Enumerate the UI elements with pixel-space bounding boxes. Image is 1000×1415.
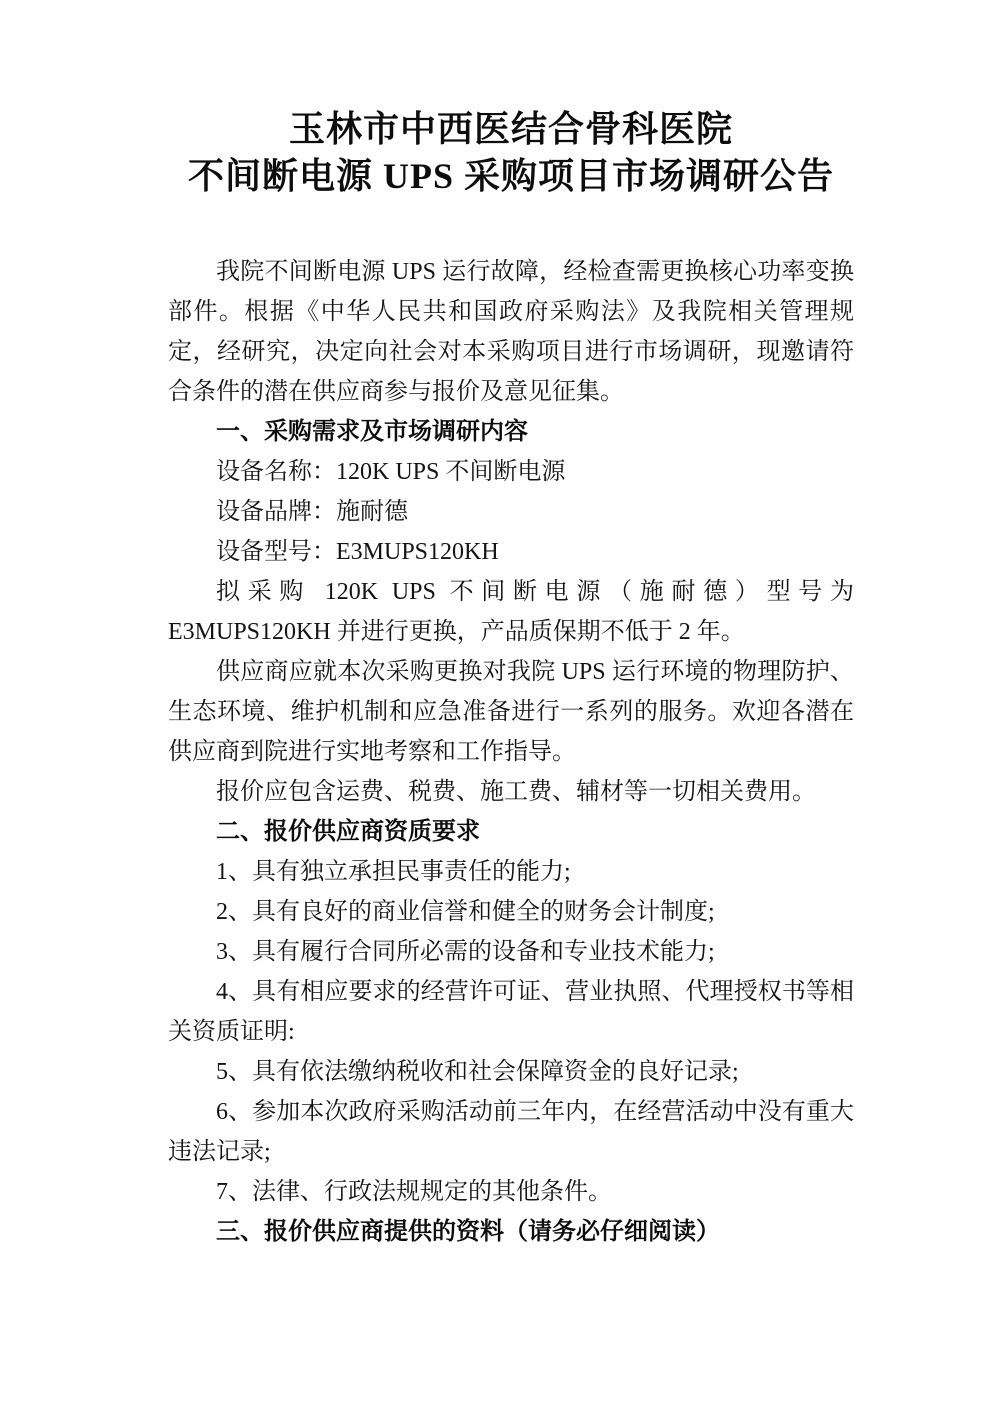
section-3-heading: 三、报价供应商提供的资料（请务必仔细阅读） [168,1212,854,1252]
device-model-line: 设备型号：E3MUPS120KH [168,532,854,572]
document-title: 玉林市中西医结合骨科医院 不间断电源 UPS 采购项目市场调研公告 [168,106,854,200]
doc-title-line-2: 不间断电源 UPS 采购项目市场调研公告 [168,153,854,200]
purchase-paragraph: 拟采购 120K UPS 不间断电源（施耐德）型号为 E3MUPS120KH 并… [168,572,854,652]
document-page: 玉林市中西医结合骨科医院 不间断电源 UPS 采购项目市场调研公告 我院不间断电… [0,0,1000,1415]
qualification-item-2: 2、具有良好的商业信誉和健全的财务会计制度; [168,892,854,932]
doc-title-line-1: 玉林市中西医结合骨科医院 [168,106,854,153]
device-name-line: 设备名称：120K UPS 不间断电源 [168,452,854,492]
qualification-item-7: 7、法律、行政法规规定的其他条件。 [168,1172,854,1212]
device-brand-line: 设备品牌：施耐德 [168,492,854,532]
qualification-item-4: 4、具有相应要求的经营许可证、营业执照、代理授权书等相关资质证明: [168,972,854,1052]
qualification-item-6: 6、参加本次政府采购活动前三年内，在经营活动中没有重大违法记录; [168,1092,854,1172]
qualification-item-5: 5、具有依法缴纳税收和社会保障资金的良好记录; [168,1052,854,1092]
qualification-item-1: 1、具有独立承担民事责任的能力; [168,852,854,892]
service-paragraph: 供应商应就本次采购更换对我院 UPS 运行环境的物理防护、生态环境、维护机制和应… [168,652,854,772]
qualification-item-3: 3、具有履行合同所必需的设备和专业技术能力; [168,932,854,972]
section-1-heading: 一、采购需求及市场调研内容 [168,412,854,452]
quote-note-paragraph: 报价应包含运费、税费、施工费、辅材等一切相关费用。 [168,772,854,812]
intro-paragraph: 我院不间断电源 UPS 运行故障，经检查需更换核心功率变换部件。根据《中华人民共… [168,252,854,412]
section-2-heading: 二、报价供应商资质要求 [168,812,854,852]
